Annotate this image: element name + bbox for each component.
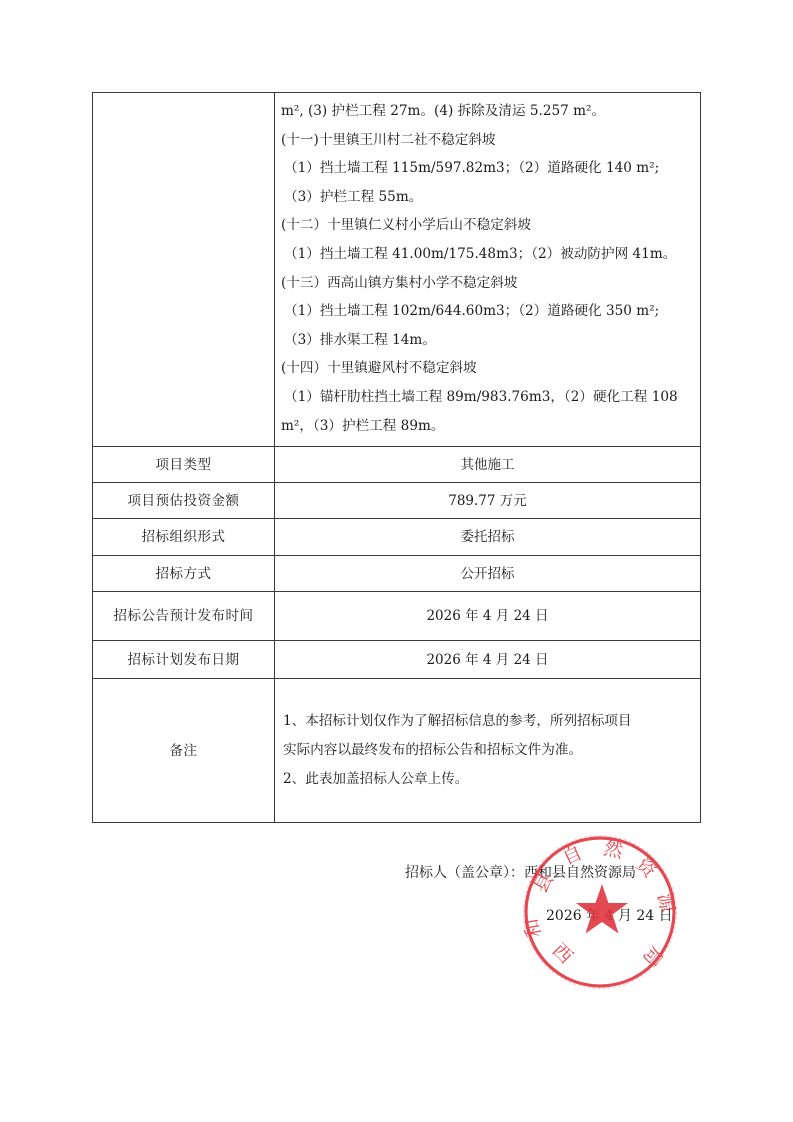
notes-label: 备注 [93, 679, 275, 823]
table-row-organization-form: 招标组织形式 委托招标 [93, 519, 701, 556]
row-value: 公开招标 [275, 556, 701, 592]
table-row-notes: 备注 1、本招标计划仅作为了解招标信息的参考，所列招标项目 实际内容以最终发布的… [93, 679, 701, 823]
table-row-project-scope: m², (3) 护栏工程 27m。(4) 拆除及清运 5.257 m²。 (十一… [93, 93, 701, 447]
scope-line: (十二）十里镇仁义村小学后山不稳定斜坡 [281, 211, 694, 240]
notes-content-cell: 1、本招标计划仅作为了解招标信息的参考，所列招标项目 实际内容以最终发布的招标公… [275, 679, 701, 823]
stamp-char: 和 [522, 917, 546, 940]
scope-line: （1）挡土墙工程 102m/644.60m3；（2）道路硬化 350 m²; [281, 297, 694, 326]
table-row-investment-amount: 项目预估投资金额 789.77 万元 [93, 483, 701, 519]
notes-line: 2、此表加盖招标人公章上传。 [283, 765, 692, 794]
table-row-plan-release-date: 招标计划发布日期 2026 年 4 月 24 日 [93, 641, 701, 679]
row-label: 项目类型 [93, 447, 275, 483]
stamp-char: 资 [632, 853, 662, 883]
signature-date: 2026 年 4 月 24 日 [546, 905, 673, 925]
scope-label-cell [93, 93, 275, 447]
notes-line: 实际内容以最终发布的招标公告和招标文件为准。 [283, 736, 692, 765]
scope-content-cell: m², (3) 护栏工程 27m。(4) 拆除及清运 5.257 m²。 (十一… [275, 93, 701, 447]
scope-line: （3）排水渠工程 14m。 [281, 326, 694, 355]
table-row-tender-method: 招标方式 公开招标 [93, 556, 701, 592]
scope-line: （1）挡土墙工程 41.00m/175.48m3；（2）被动防护网 41m。 [281, 240, 694, 269]
scope-line: (十三）西高山镇方集村小学不稳定斜坡 [281, 269, 694, 298]
notes-line: 1、本招标计划仅作为了解招标信息的参考，所列招标项目 [283, 707, 692, 736]
scope-line: （1）锚杆肋柱挡土墙工程 89m/983.76m3，（2）硬化工程 108 [281, 383, 694, 412]
stamp-char: 然 [602, 837, 626, 863]
row-label: 招标计划发布日期 [93, 641, 275, 679]
document-page: m², (3) 护栏工程 27m。(4) 拆除及清运 5.257 m²。 (十一… [0, 0, 793, 1122]
row-label: 项目预估投资金额 [93, 483, 275, 519]
row-value: 委托招标 [275, 519, 701, 556]
scope-line: m²，（3）护栏工程 89m。 [281, 412, 694, 441]
table-row-project-type: 项目类型 其他施工 [93, 447, 701, 483]
scope-line: m², (3) 护栏工程 27m。(4) 拆除及清运 5.257 m²。 [281, 97, 694, 126]
row-value: 其他施工 [275, 447, 701, 483]
row-label: 招标公告预计发布时间 [93, 592, 275, 641]
row-label: 招标方式 [93, 556, 275, 592]
stamp-char: 西 [548, 939, 577, 968]
scope-line: (十一)十里镇王川村二社不稳定斜坡 [281, 126, 694, 155]
row-value: 789.77 万元 [275, 483, 701, 519]
table-row-announcement-time: 招标公告预计发布时间 2026 年 4 月 24 日 [93, 592, 701, 641]
row-label: 招标组织形式 [93, 519, 275, 556]
row-value: 2026 年 4 月 24 日 [275, 592, 701, 641]
scope-line: (十四）十里镇避风村不稳定斜坡 [281, 354, 694, 383]
tenderer-signature: 招标人（盖公章）：西和县自然资源局 [405, 862, 636, 882]
row-value: 2026 年 4 月 24 日 [275, 641, 701, 679]
scope-line: （1）挡土墙工程 115m/597.82m3；（2）道路硬化 140 m²; [281, 154, 694, 183]
tender-plan-table: m², (3) 护栏工程 27m。(4) 拆除及清运 5.257 m²。 (十一… [92, 92, 701, 823]
scope-line: （3）护栏工程 55m。 [281, 183, 694, 212]
stamp-char: 局 [638, 942, 667, 971]
